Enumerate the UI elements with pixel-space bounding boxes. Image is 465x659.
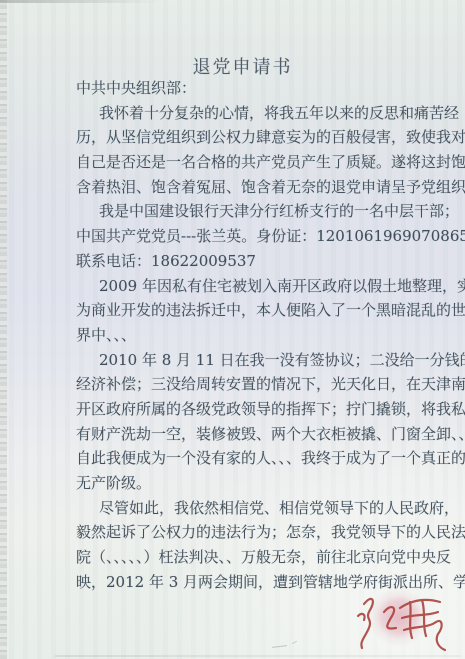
scan-smudge-mark bbox=[272, 641, 310, 651]
text-line: 自此我便成为一个没有家的人、、、我终于成为了一个真正的 bbox=[76, 446, 452, 471]
scan-edge-left bbox=[0, 0, 7, 659]
text-line: 2010 年 8 月 11 日在我一没有签协议；二没给一分钱的 bbox=[76, 348, 452, 373]
scan-artifact-line bbox=[55, 655, 461, 657]
signature bbox=[350, 586, 452, 654]
text-line: 有财产洗劫一空，装修被毁、两个大衣柜被撬、门窗全卸、、、 bbox=[76, 422, 452, 447]
text-line: 为商业开发的违法拆迁中，本人便陷入了一个黑暗混乱的世 bbox=[76, 298, 452, 323]
text-line: 我怀着十分复杂的心情，将我五年以来的反思和痛苦经 bbox=[76, 101, 452, 126]
text-line: 开区政府所属的各级党政领导的指挥下；拧门撬锁，将我私 bbox=[76, 397, 452, 422]
text-line: 毅然起诉了公权力的违法行为；怎奈，我党领导下的人民法 bbox=[76, 520, 452, 545]
text-line: 含着热泪、饱含着冤屈、饱含着无奈的退党申请呈予党组织： bbox=[76, 175, 452, 200]
text-line: 院（、、、、、）枉法判决、、万般无奈，前往北京向党中央反 bbox=[76, 545, 452, 570]
addressee-line: 中共中央组织部： bbox=[76, 76, 452, 101]
text-line: 2009 年因私有住宅被划入南开区政府以假土地整理，实 bbox=[76, 274, 452, 299]
scanned-document-page: 退党申请书 中共中央组织部： 我怀着十分复杂的心情，将我五年以来的反思和痛苦经 … bbox=[0, 0, 465, 659]
text-line: 尽管如此，我依然相信党、相信党领导下的人民政府， bbox=[76, 496, 452, 521]
text-line: 联系电话：18622009537 bbox=[76, 249, 452, 274]
document-body: 中共中央组织部： 我怀着十分复杂的心情，将我五年以来的反思和痛苦经 历，从坚信党… bbox=[76, 76, 452, 594]
text-line: 无产阶级。 bbox=[76, 471, 452, 496]
text-line: 历，从坚信党组织到公权力肆意妄为的百般侵害，致使我对 bbox=[76, 125, 452, 150]
handwritten-signature-strokes bbox=[350, 586, 452, 654]
text-line: 经济补偿；三没给周转安置的情况下，光天化日，在天津南 bbox=[76, 372, 452, 397]
text-line: 我是中国建设银行天津分行红桥支行的一名中层干部； bbox=[76, 199, 452, 224]
text-line: 界中、、、 bbox=[76, 323, 452, 348]
scan-edge-top bbox=[0, 0, 465, 3]
text-line: 中国共产党党员---张兰英。身份证：120106196907086526 ； bbox=[76, 224, 452, 249]
text-line: 自己是否还是一名合格的共产党员产生了质疑。遂将这封饱 bbox=[76, 150, 452, 175]
